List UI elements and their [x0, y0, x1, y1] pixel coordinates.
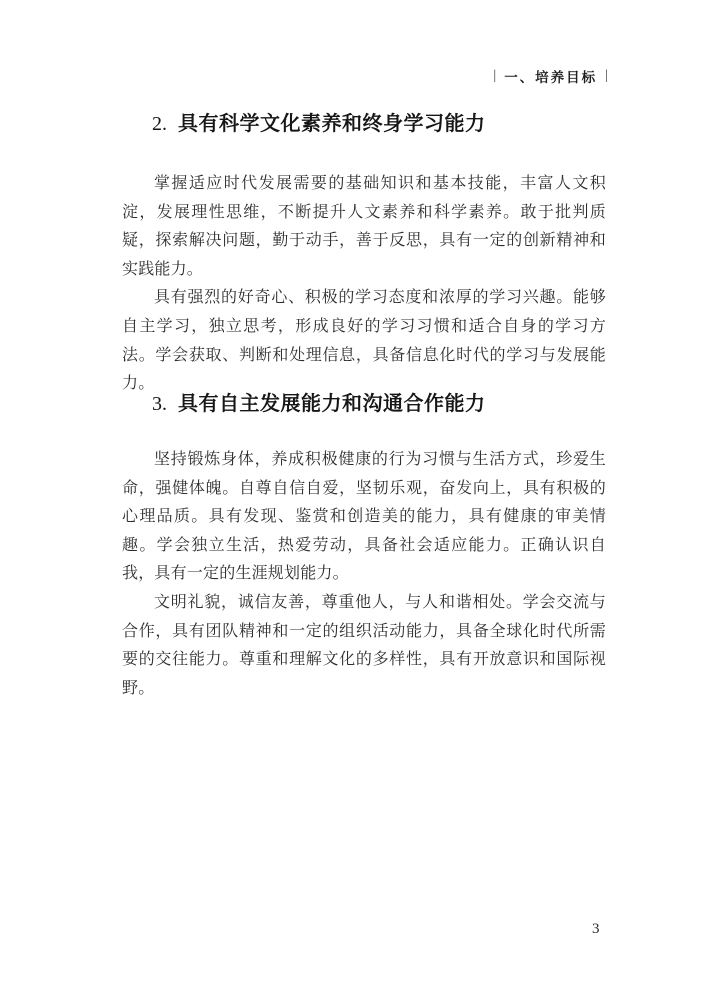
section-heading-3: 3.具有自主发展能力和沟通合作能力	[152, 390, 486, 418]
header-left-bar: |	[493, 68, 496, 84]
paragraph: 文明礼貌，诚信友善，尊重他人，与人和谐相处。学会交流与合作，具有团队精神和一定的…	[122, 589, 606, 703]
header-title: 一、培养目标	[504, 66, 597, 86]
running-header: | 一、培养目标 |	[493, 66, 608, 86]
paragraph: 掌握适应时代发展需要的基础知识和基本技能，丰富人文积淀，发展理性思维，不断提升人…	[122, 170, 606, 284]
section-2-body: 掌握适应时代发展需要的基础知识和基本技能，丰富人文积淀，发展理性思维，不断提升人…	[122, 170, 606, 399]
paragraph: 坚持锻炼身体，养成积极健康的行为习惯与生活方式，珍爱生命，强健体魄。自尊自信自爱…	[122, 446, 606, 589]
header-right-bar: |	[605, 68, 608, 84]
section-number-3: 3.	[152, 393, 167, 415]
section-title-3: 具有自主发展能力和沟通合作能力	[178, 393, 486, 415]
section-number-2: 2.	[152, 113, 167, 135]
paragraph: 具有强烈的好奇心、积极的学习态度和浓厚的学习兴趣。能够自主学习，独立思考，形成良…	[122, 284, 606, 398]
section-3-body: 坚持锻炼身体，养成积极健康的行为习惯与生活方式，珍爱生命，强健体魄。自尊自信自爱…	[122, 446, 606, 703]
document-page: | 一、培养目标 | 2.具有科学文化素养和终身学习能力 掌握适应时代发展需要的…	[0, 0, 718, 1005]
section-title-2: 具有科学文化素养和终身学习能力	[178, 113, 486, 135]
section-heading-2: 2.具有科学文化素养和终身学习能力	[152, 110, 486, 138]
page-number: 3	[592, 921, 600, 938]
